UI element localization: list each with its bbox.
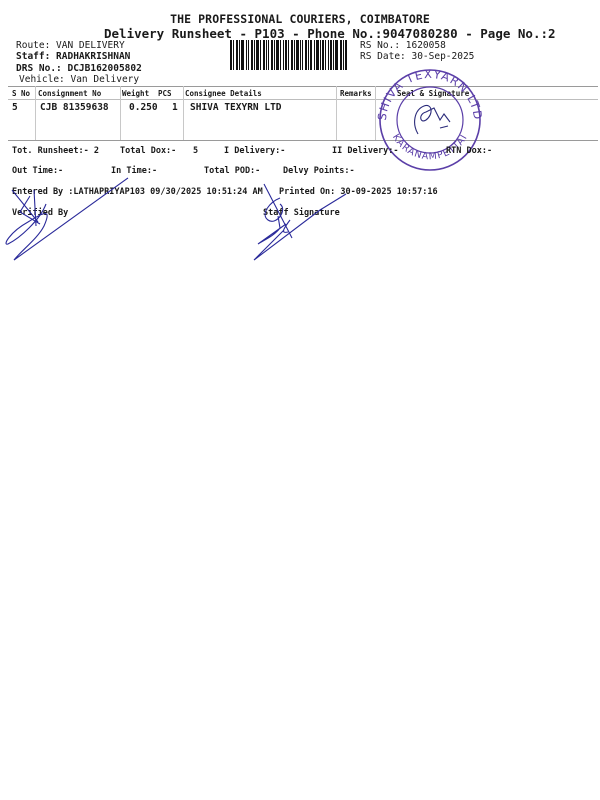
column-divider: [183, 86, 184, 140]
column-divider: [35, 86, 36, 140]
column-divider: [336, 86, 337, 140]
total-dox-value: 5: [193, 146, 198, 156]
staff-signature-icon: [250, 180, 360, 270]
i-delivery: I Delivery:-: [224, 146, 285, 156]
runsheet-subtitle: Delivery Runsheet - P103 - Phone No.:904…: [104, 26, 556, 41]
column-header-remarks: Remarks: [340, 89, 372, 98]
svg-text:SHIVA TEXYARN LTD: SHIVA TEXYARN LTD: [375, 67, 485, 121]
rs-number: RS No.: 1620058: [360, 40, 446, 51]
drs-number: DRS No.: DCJB162005802: [16, 63, 142, 74]
column-header-sno: S No: [12, 89, 30, 98]
total-runsheet: Tot. Runsheet:- 2: [12, 146, 99, 156]
company-stamp: SHIVA TEXYARN LTD * KARANAMPETTAI *: [368, 64, 490, 174]
cell-pcs: 1: [172, 102, 178, 113]
delivery-points: Delvy Points:-: [283, 166, 355, 176]
barcode-icon: [230, 40, 356, 70]
company-title: THE PROFESSIONAL COURIERS, COIMBATORE: [0, 12, 600, 26]
rtn-dox: RTN Dox:-: [446, 146, 492, 156]
cell-sno: 5: [12, 102, 18, 113]
route-label: Route: VAN DELIVERY: [16, 40, 125, 51]
cell-consignee: SHIVA TEXYRN LTD: [190, 102, 282, 113]
column-header-weight: Weight: [122, 89, 149, 98]
verified-signature-icon: [0, 170, 140, 270]
ii-delivery: II Delivery:-: [332, 146, 399, 156]
table-bottom-border: [8, 140, 598, 141]
rs-date: RS Date: 30-Sep-2025: [360, 51, 474, 62]
total-pod: Total POD:-: [204, 166, 260, 176]
cell-consignment-no: CJB 81359638: [40, 102, 109, 113]
column-header-consignee: Consignee Details: [185, 89, 262, 98]
stamp-top-text: SHIVA TEXYARN LTD: [375, 67, 485, 121]
table-top-border: [8, 86, 598, 87]
staff-label: Staff: RADHAKRISHNAN: [16, 51, 130, 62]
column-divider: [120, 86, 121, 140]
total-dox-label: Total Dox:-: [120, 146, 176, 156]
column-header-pcs: PCS: [158, 89, 172, 98]
column-header-consignment: Consignment No: [38, 89, 101, 98]
vehicle-label: Vehicle: Van Delivery: [19, 74, 139, 85]
table-header-border: [8, 99, 598, 100]
cell-weight: 0.250: [129, 102, 158, 113]
